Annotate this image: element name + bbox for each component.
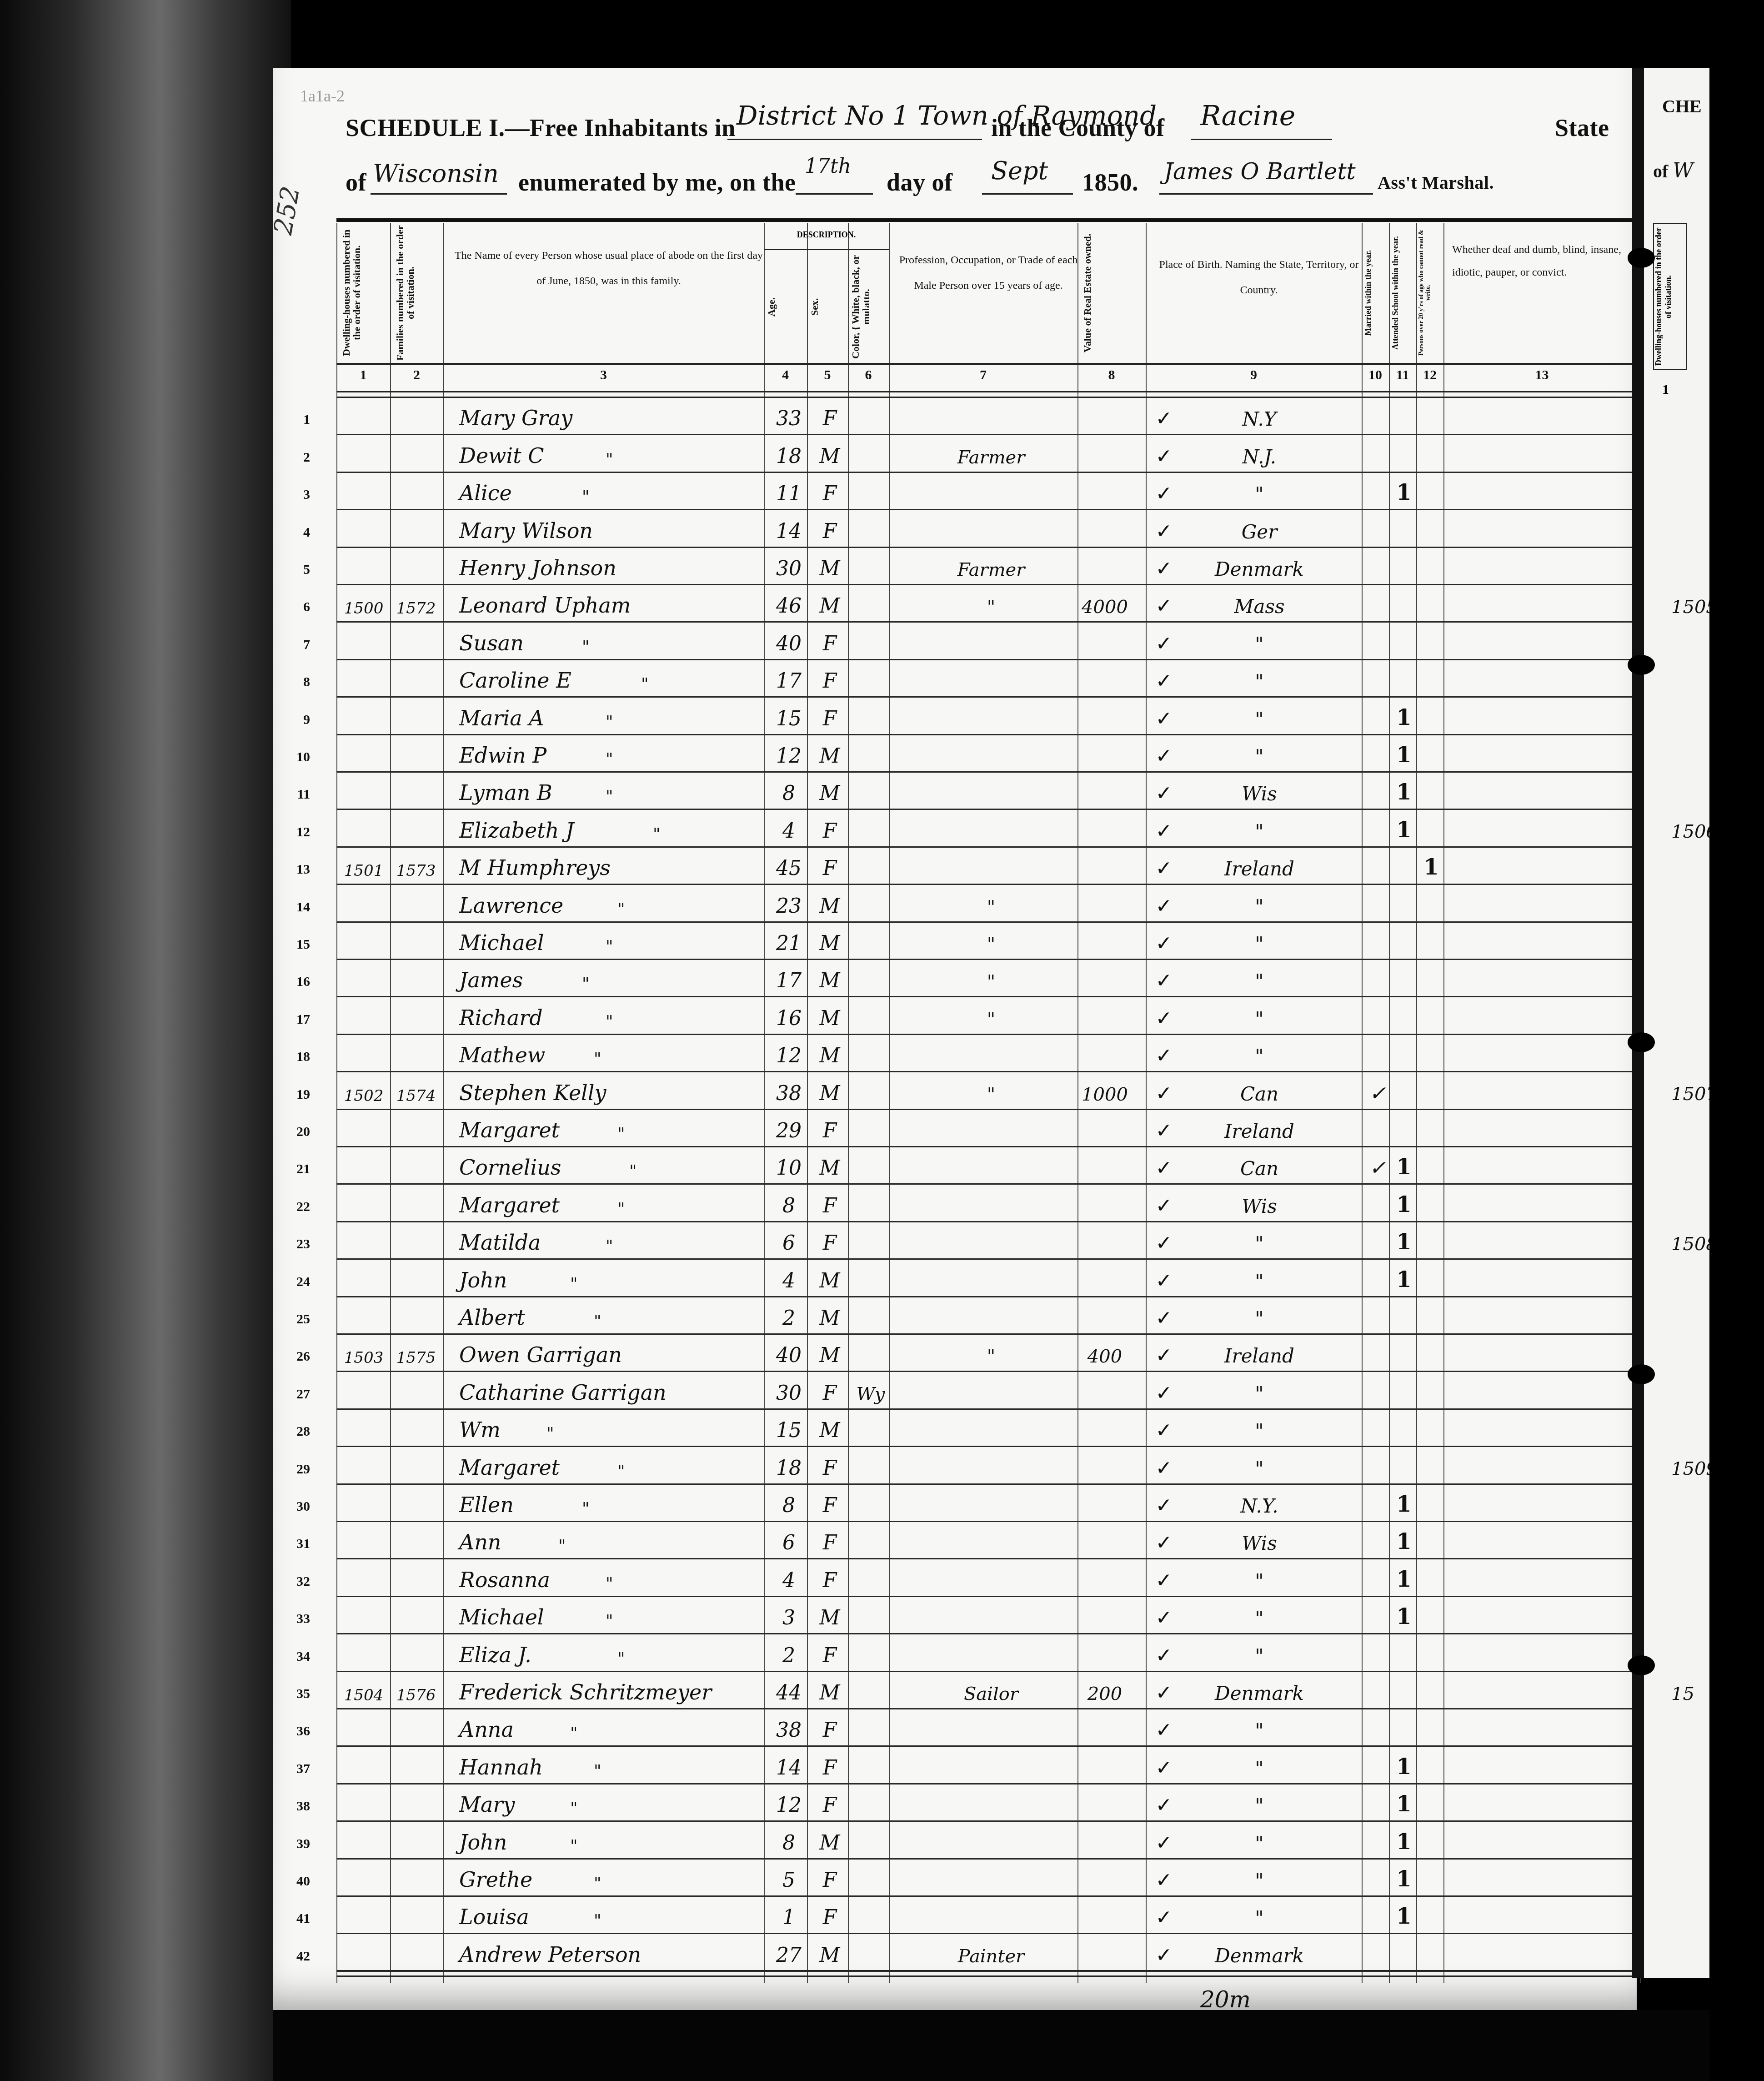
age-value: 6 (768, 1531, 809, 1554)
table-row: 1616James"17M"✓" (336, 959, 1641, 997)
colnum-13: 13 (1443, 367, 1640, 383)
age-value: 1 (768, 1906, 809, 1929)
birthplace-value: " (1178, 1045, 1341, 1067)
occupation-value: Farmer (900, 447, 1082, 468)
sex-value: F (809, 407, 850, 430)
birthplace-value: Denmark (1178, 1682, 1341, 1704)
birthplace-value: " (1178, 1008, 1341, 1030)
table-row: 131315011573M Humphreys45F✓Ireland1 (336, 846, 1641, 885)
column-number-row: 1 2 3 4 5 6 7 8 9 10 11 12 13 (336, 365, 1641, 391)
birth-checkmark: ✓ (1150, 1044, 1178, 1067)
day-of-label: day of (887, 168, 953, 196)
birth-checkmark: ✓ (1150, 744, 1178, 768)
table-row: 3838Mary"12F✓"1 (336, 1783, 1641, 1822)
header-occupation: Profession, Occupation, or Trade of each… (891, 225, 1086, 384)
binding-hole (1628, 655, 1655, 675)
line-number: 42 (283, 1949, 310, 1964)
table-row: 3232Rosanna"4F✓"1 (336, 1558, 1641, 1597)
colnum-6: 6 (848, 367, 889, 383)
school-mark: 1 (1390, 1829, 1418, 1855)
schedule-title: SCHEDULE I.—Free Inhabitants in (346, 114, 736, 142)
surname-ditto: " (617, 1125, 625, 1143)
real-estate-value: 1000 (1073, 1084, 1137, 1105)
sex-value: F (809, 1457, 850, 1480)
sex-value: F (809, 1756, 850, 1779)
line-number: 2 (283, 450, 310, 465)
line-number: 4 (283, 525, 310, 540)
line-number: 16 (283, 974, 310, 990)
age-value: 38 (768, 1719, 809, 1742)
school-mark: 1 (1390, 779, 1418, 805)
binding-hole (1628, 1032, 1655, 1052)
sex-value: M (809, 1831, 850, 1855)
marshal-underline (1159, 193, 1373, 195)
birth-checkmark: ✓ (1150, 1307, 1178, 1330)
sex-value: M (809, 1344, 850, 1367)
birth-checkmark: ✓ (1150, 1794, 1178, 1817)
surname-ditto: " (570, 1275, 578, 1293)
line-number: 21 (283, 1161, 310, 1177)
family-number: 1572 (393, 599, 439, 618)
person-name: John (459, 1268, 507, 1292)
line-number: 28 (283, 1424, 310, 1439)
surname-ditto: " (606, 1574, 613, 1593)
header-school: Attended School within the year. (1391, 225, 1415, 361)
birth-checkmark: ✓ (1150, 969, 1178, 992)
person-name: Rosanna (459, 1568, 550, 1592)
birthplace-value: Ireland (1178, 1345, 1341, 1367)
table-row: 1717Richard"16M"✓" (336, 996, 1641, 1035)
line-number: 41 (283, 1911, 310, 1926)
sex-value: F (809, 482, 850, 505)
surname-ditto: " (606, 1012, 613, 1031)
sex-value: F (809, 707, 850, 730)
school-mark: 1 (1390, 1904, 1418, 1929)
table-row: 3737Hannah"14F✓"1 (336, 1745, 1641, 1784)
adjacent-of-line: of W (1653, 159, 1694, 182)
line-number: 1 (283, 412, 310, 427)
person-name: Henry Johnson (459, 556, 616, 580)
surname-ditto: " (606, 750, 613, 769)
birthplace-value: N.Y (1178, 408, 1341, 430)
family-number: 1576 (393, 1686, 439, 1704)
birthplace-value: Can (1178, 1157, 1341, 1180)
person-name: Mathew (459, 1043, 545, 1067)
surname-ditto: " (606, 1237, 613, 1256)
scanner-background-right (1709, 0, 1764, 2081)
binding-hole (1628, 1655, 1655, 1675)
line-number: 27 (283, 1387, 310, 1402)
binding-hole (1628, 248, 1655, 268)
table-row: 2121Cornelius"10M✓Can✓1 (336, 1146, 1641, 1185)
line-number: 13 (283, 862, 310, 877)
age-value: 29 (768, 1119, 809, 1142)
person-name: Margaret (459, 1118, 560, 1142)
colnum-10: 10 (1362, 367, 1389, 383)
sex-value: M (809, 557, 850, 580)
birthplace-value: " (1178, 1270, 1341, 1292)
surname-ditto: " (546, 1424, 554, 1443)
sex-value: M (809, 1681, 850, 1704)
county-underline (1191, 139, 1332, 140)
birth-checkmark: ✓ (1150, 1156, 1178, 1180)
surname-ditto: " (582, 638, 590, 656)
schedule-header-line-2: of Wisconsin enumerated by me, on the 17… (346, 155, 1637, 205)
birth-checkmark: ✓ (1150, 1681, 1178, 1704)
birthplace-value: " (1178, 1382, 1341, 1405)
school-mark: 1 (1390, 817, 1418, 843)
line-number: 40 (283, 1874, 310, 1889)
header-name: The Name of every Person whose usual pla… (446, 225, 772, 379)
header-real-estate: Value of Real Estate owned. (1082, 225, 1141, 361)
age-value: 15 (768, 1419, 809, 1442)
line-number: 25 (283, 1312, 310, 1327)
person-name: Lawrence (459, 893, 563, 918)
birth-checkmark: ✓ (1150, 895, 1178, 918)
birthplace-value: " (1178, 1870, 1341, 1892)
birth-checkmark: ✓ (1150, 1944, 1178, 1967)
age-value: 27 (768, 1944, 809, 1967)
birth-checkmark: ✓ (1150, 1269, 1178, 1292)
school-mark: 1 (1390, 1791, 1418, 1817)
colnum-11: 11 (1389, 367, 1416, 383)
birth-checkmark: ✓ (1150, 1344, 1178, 1367)
table-row: 55Henry Johnson30MFarmer✓Denmark (336, 547, 1641, 585)
person-name: Andrew Peterson (459, 1942, 641, 1967)
county-value: Racine (1200, 100, 1295, 132)
birth-checkmark: ✓ (1150, 819, 1178, 843)
age-value: 11 (768, 482, 809, 505)
birth-checkmark: ✓ (1150, 445, 1178, 468)
header-dwelling: Dwelling-houses numbered in the order of… (341, 225, 386, 361)
pencil-stamp: 1a1a-2 (300, 86, 345, 106)
birthplace-value: " (1178, 745, 1341, 768)
surname-ditto: " (617, 1649, 625, 1668)
table-row: 3333Michael"3M✓"1 (336, 1596, 1641, 1634)
birth-checkmark: ✓ (1150, 482, 1178, 505)
table-row: 77Susan"40F✓" (336, 621, 1641, 660)
birth-checkmark: ✓ (1150, 1756, 1178, 1779)
school-mark: 1 (1390, 1529, 1418, 1554)
school-mark: 1 (1390, 1492, 1418, 1517)
table-row: 2525Albert"2M✓" (336, 1296, 1641, 1335)
line-number: 39 (283, 1836, 310, 1852)
birthplace-value: " (1178, 1607, 1341, 1629)
birthplace-value: " (1178, 670, 1341, 693)
dwelling-number: 1503 (341, 1349, 386, 1367)
surname-ditto: " (606, 450, 613, 469)
sex-value: F (809, 1569, 850, 1592)
person-name: Cornelius (459, 1155, 561, 1180)
table-row: 1414Lawrence"23M"✓" (336, 884, 1641, 922)
birth-checkmark: ✓ (1150, 1831, 1178, 1855)
birthplace-value: Wis (1178, 1532, 1341, 1554)
scanner-background (0, 0, 291, 2081)
age-value: 17 (768, 969, 809, 992)
month-underline (982, 193, 1073, 195)
occupation-value: " (900, 897, 1082, 918)
colnum-7: 7 (889, 367, 1077, 383)
colnum-9: 9 (1146, 367, 1362, 383)
adjacent-column-num: 1 (1662, 382, 1669, 397)
person-name: Alice (459, 481, 512, 505)
occupation-value: Farmer (900, 559, 1082, 580)
surname-ditto: " (594, 1312, 601, 1331)
surname-ditto: " (582, 488, 590, 506)
adjacent-dwelling-number: 15 (1671, 1684, 1694, 1704)
age-value: 21 (768, 932, 809, 955)
sex-value: M (809, 1007, 850, 1030)
birthplace-value: " (1178, 708, 1341, 730)
birthplace-value: " (1178, 895, 1341, 918)
of-label: of (346, 168, 366, 196)
colnum-2: 2 (390, 367, 443, 383)
birthplace-value: " (1178, 633, 1341, 655)
year-label: 1850. (1082, 168, 1138, 196)
school-mark: 1 (1390, 742, 1418, 768)
table-row: 33Alice"11F✓"1 (336, 472, 1641, 510)
sex-value: M (809, 1269, 850, 1292)
birthplace-value: " (1178, 483, 1341, 505)
sex-value: M (809, 594, 850, 618)
person-name: Richard (459, 1005, 543, 1030)
birth-checkmark: ✓ (1150, 1719, 1178, 1742)
table-row: 1010Edwin P"12M✓"1 (336, 734, 1641, 773)
age-value: 4 (768, 1269, 809, 1292)
table-row: 353515041576Frederick Schritzmeyer44MSai… (336, 1671, 1641, 1709)
header-age: Age. (766, 255, 805, 359)
table-row: 3939John"8M✓"1 (336, 1820, 1641, 1859)
sex-value: F (809, 520, 850, 543)
description-rule (764, 249, 889, 250)
marshal-label: Ass't Marshal. (1378, 172, 1494, 193)
person-name: Eliza J. (459, 1643, 531, 1667)
age-value: 23 (768, 895, 809, 918)
birthplace-value: N.Y. (1178, 1495, 1341, 1517)
birth-checkmark: ✓ (1150, 1194, 1178, 1217)
table-row: 2222Margaret"8F✓Wis1 (336, 1183, 1641, 1222)
birth-checkmark: ✓ (1150, 932, 1178, 955)
person-name: James (459, 968, 523, 992)
birthplace-value: " (1178, 933, 1341, 955)
school-mark: 1 (1390, 1229, 1418, 1255)
age-value: 30 (768, 557, 809, 580)
sex-value: M (809, 969, 850, 992)
birth-checkmark: ✓ (1150, 1569, 1178, 1592)
table-row: 4040Grethe"5F✓"1 (336, 1858, 1641, 1897)
state-underline (371, 193, 507, 195)
table-top-rule (336, 218, 1641, 222)
line-number: 18 (283, 1049, 310, 1065)
age-value: 18 (768, 1457, 809, 1480)
person-name: Susan (459, 631, 524, 655)
real-estate-value: 4000 (1073, 597, 1137, 618)
header-description-group: DESCRIPTION. (764, 230, 889, 240)
family-number: 1574 (393, 1087, 439, 1105)
table-row: 262615031575Owen Garrigan40M"400✓Ireland (336, 1333, 1641, 1372)
birth-checkmark: ✓ (1150, 1644, 1178, 1667)
birth-checkmark: ✓ (1150, 557, 1178, 580)
colnum-4: 4 (764, 367, 807, 383)
table-row: 3131Ann"6F✓Wis1 (336, 1521, 1641, 1559)
family-number: 1575 (393, 1349, 439, 1367)
birthplace-value: Ger (1178, 521, 1341, 543)
illiterate-mark: 1 (1418, 855, 1445, 880)
colnum-8: 8 (1077, 367, 1146, 383)
birthplace-value: " (1178, 1420, 1341, 1442)
sex-value: F (809, 1531, 850, 1554)
sex-value: F (809, 1232, 850, 1255)
line-number: 38 (283, 1799, 310, 1814)
age-value: 44 (768, 1681, 809, 1704)
surname-ditto: " (641, 675, 649, 694)
real-estate-value: 200 (1073, 1684, 1137, 1704)
age-value: 8 (768, 1494, 809, 1517)
birth-checkmark: ✓ (1150, 1419, 1178, 1442)
person-name: Wm (459, 1417, 501, 1442)
header-sex: Sex. (809, 255, 846, 359)
sex-value: M (809, 932, 850, 955)
line-number: 14 (283, 900, 310, 915)
person-name: Hannah (459, 1755, 543, 1779)
person-name: Maria A (459, 706, 544, 730)
birth-checkmark: ✓ (1150, 669, 1178, 693)
age-value: 5 (768, 1869, 809, 1892)
occupation-value: " (900, 971, 1082, 992)
census-page: 1a1a-2 252 SCHEDULE I.—Free Inhabitants … (273, 68, 1637, 2037)
table-row: 4242Andrew Peterson27MPainter✓Denmark (336, 1933, 1641, 1971)
birth-checkmark: ✓ (1150, 1382, 1178, 1405)
sex-value: M (809, 895, 850, 918)
sex-value: M (809, 782, 850, 805)
birth-checkmark: ✓ (1150, 782, 1178, 805)
person-name: Stephen Kelly (459, 1081, 606, 1105)
line-number: 26 (283, 1349, 310, 1364)
line-number: 6 (283, 599, 310, 615)
age-value: 14 (768, 520, 809, 543)
age-value: 46 (768, 594, 809, 618)
sex-value: M (809, 1044, 850, 1067)
person-name: Matilda (459, 1230, 541, 1255)
table-row: 6615001572Leonard Upham46M"4000✓Mass (336, 584, 1641, 623)
sex-value: M (809, 445, 850, 468)
sex-value: F (809, 1644, 850, 1667)
sex-value: M (809, 1944, 850, 1967)
school-mark: 1 (1390, 1866, 1418, 1892)
person-name: Edwin P (459, 743, 546, 768)
table-row: 4141Louisa"1F✓"1 (336, 1895, 1641, 1934)
table-row: 1111Lyman B"8M✓Wis1 (336, 771, 1641, 810)
sex-value: F (809, 1794, 850, 1817)
line-number: 3 (283, 487, 310, 503)
birthplace-value: " (1178, 1794, 1341, 1817)
married-mark: ✓ (1364, 1082, 1391, 1105)
marshal-signature: James O Bartlett (1164, 158, 1356, 185)
occupation-value: Sailor (900, 1684, 1082, 1704)
birth-checkmark: ✓ (1150, 1457, 1178, 1480)
surname-ditto: " (594, 1911, 601, 1930)
birthplace-value: Denmark (1178, 1945, 1341, 1967)
birthplace-value: N.J. (1178, 446, 1341, 468)
surname-ditto: " (617, 1462, 625, 1481)
person-name: Michael (459, 1605, 544, 1629)
age-value: 30 (768, 1382, 809, 1405)
surname-ditto: " (606, 787, 613, 806)
sex-value: M (809, 744, 850, 768)
age-value: 33 (768, 407, 809, 430)
district-underline (727, 139, 982, 140)
birthplace-value: " (1178, 1719, 1341, 1742)
sex-value: M (809, 1156, 850, 1180)
sex-value: F (809, 1119, 850, 1142)
surname-ditto: " (594, 1874, 601, 1893)
age-value: 40 (768, 632, 809, 655)
tally-males: 20m (1182, 1987, 1251, 2012)
line-number: 20 (283, 1124, 310, 1140)
sex-value: F (809, 857, 850, 880)
surname-ditto: " (582, 1499, 590, 1518)
table-row: 2929Margaret"18F✓" (336, 1446, 1641, 1484)
surname-ditto: " (606, 713, 613, 731)
state-value: Wisconsin (373, 159, 499, 188)
day-value: 17th (805, 155, 851, 178)
surname-ditto: " (594, 1050, 601, 1068)
surname-ditto: " (570, 1724, 578, 1743)
birthplace-value: " (1178, 1570, 1341, 1592)
school-mark: 1 (1390, 1567, 1418, 1592)
line-number: 15 (283, 937, 310, 952)
birth-checkmark: ✓ (1150, 1494, 1178, 1517)
header-family: Families numbered in the order of visita… (395, 225, 440, 361)
school-mark: 1 (1390, 480, 1418, 505)
table-row: 2828Wm"15M✓" (336, 1408, 1641, 1447)
table-row: 3030Ellen"8F✓N.Y.1 (336, 1483, 1641, 1522)
table-row: 44Mary Wilson14F✓Ger (336, 509, 1641, 548)
table-row: 2424John"4M✓"1 (336, 1258, 1641, 1297)
surname-ditto: " (653, 825, 661, 844)
age-value: 8 (768, 1831, 809, 1855)
age-value: 6 (768, 1232, 809, 1255)
sex-value: F (809, 669, 850, 693)
occupation-value: " (900, 1084, 1082, 1105)
person-name: Frederick Schritzmeyer (459, 1680, 712, 1704)
sex-value: F (809, 1194, 850, 1217)
state-label: State (1555, 114, 1609, 142)
month-value: Sept (991, 156, 1048, 185)
person-name: Mary (459, 1792, 515, 1817)
line-number: 11 (283, 787, 310, 802)
birth-checkmark: ✓ (1150, 1606, 1178, 1629)
age-value: 12 (768, 1794, 809, 1817)
adjacent-of-label: of (1653, 161, 1668, 181)
sex-value: F (809, 1719, 850, 1742)
birthplace-value: " (1178, 820, 1341, 843)
age-value: 16 (768, 1007, 809, 1030)
line-number: 35 (283, 1686, 310, 1702)
person-name: Leonard Upham (459, 593, 631, 618)
surname-ditto: " (629, 1162, 637, 1181)
adjacent-title-fragment: CHE (1662, 96, 1702, 117)
line-number: 30 (283, 1499, 310, 1514)
age-value: 17 (768, 669, 809, 693)
table-bottom-rule (336, 1970, 1641, 1977)
colnum-12: 12 (1416, 367, 1443, 383)
person-name: Ellen (459, 1493, 514, 1517)
married-mark: ✓ (1364, 1156, 1391, 1180)
person-name: Grethe (459, 1867, 532, 1892)
person-name: Elizabeth J (459, 818, 574, 843)
school-mark: 1 (1390, 705, 1418, 730)
